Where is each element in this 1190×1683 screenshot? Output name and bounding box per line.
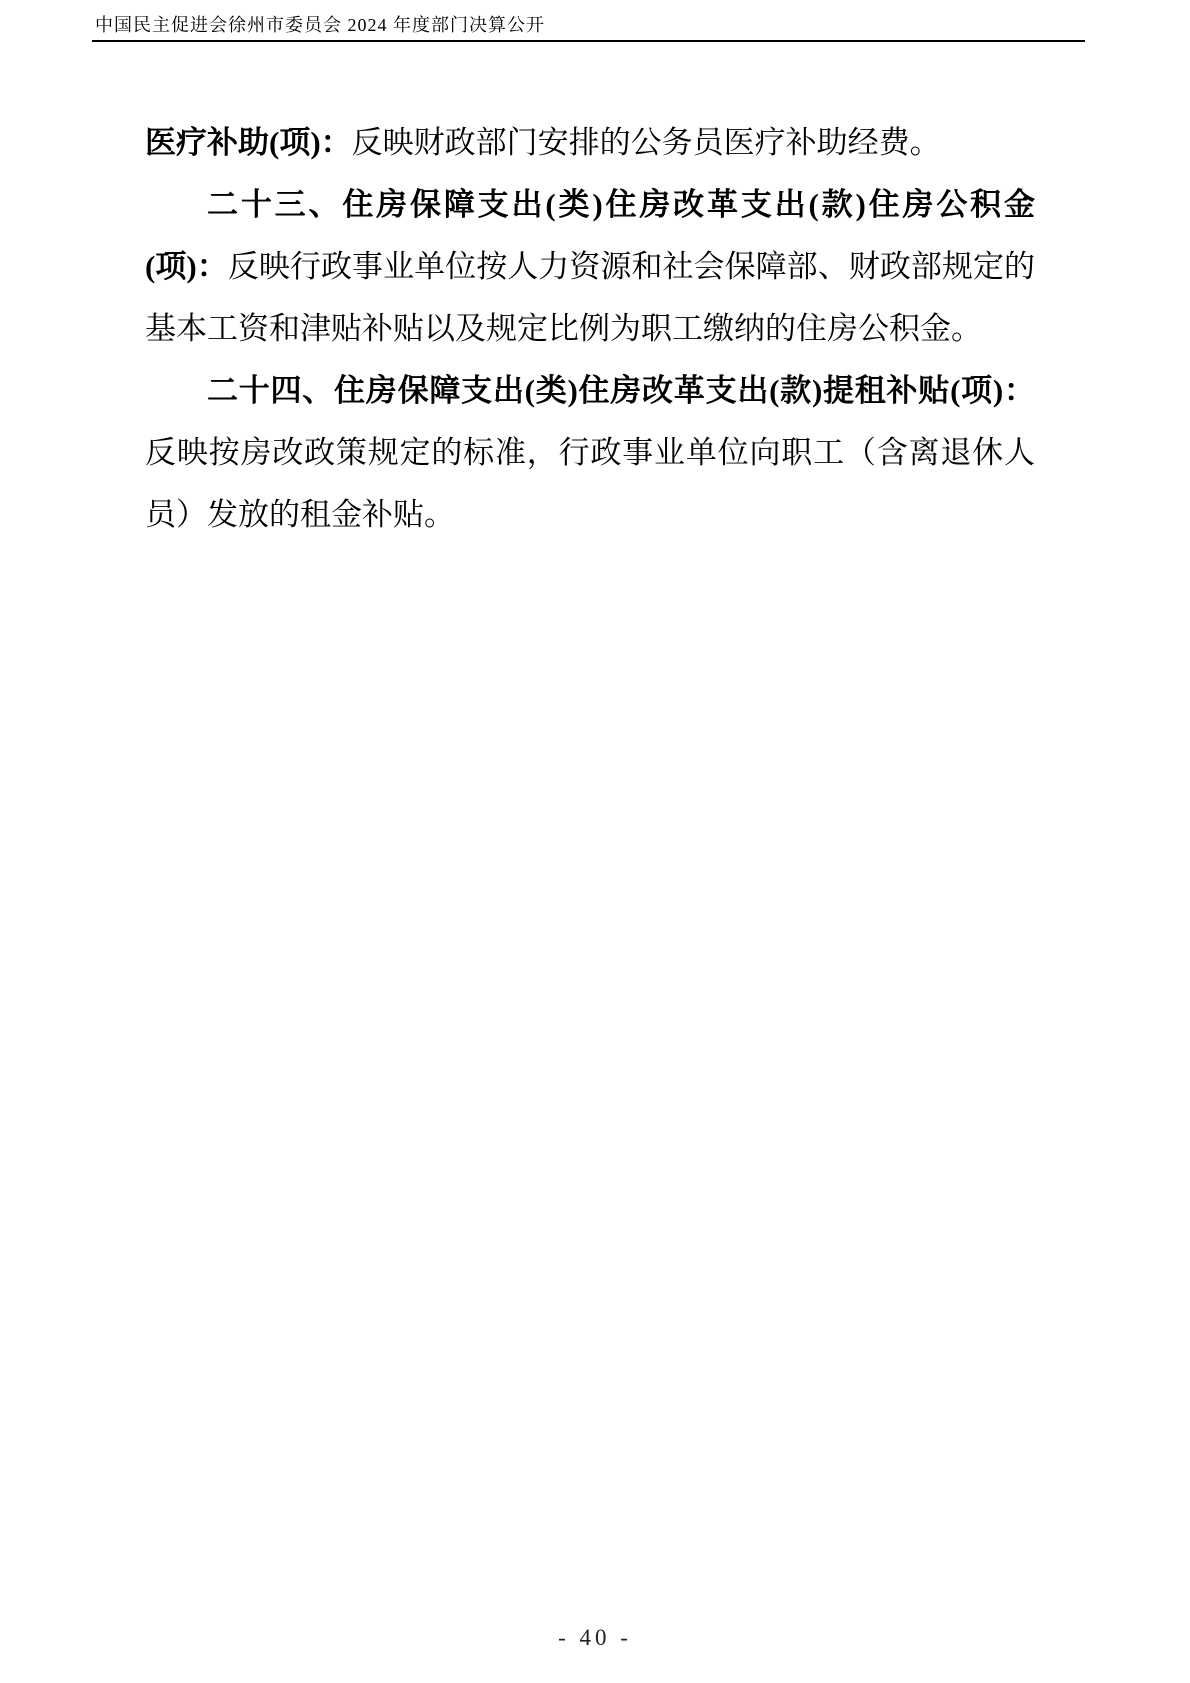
header-title: 中国民主促进会徐州市委员会 2024 年度部门决算公开 xyxy=(95,13,545,37)
paragraph-housing-fund: 二十三、住房保障支出(类)住房改革支出(款)住房公积金(项)：反映行政事业单位按… xyxy=(145,174,1035,360)
page-footer: - 40 - xyxy=(0,1625,1190,1651)
paragraph-rent-subsidy-lead: 二十四、住房保障支出(类)住房改革支出(款)提租补贴(项)： xyxy=(207,373,1035,408)
paragraph-medical-subsidy-lead: 医疗补助(项)： xyxy=(145,125,352,160)
paragraph-medical-subsidy-text: 反映财政部门安排的公务员医疗补助经费。 xyxy=(352,125,941,160)
header-rule xyxy=(92,40,1085,42)
page-number: - 40 - xyxy=(558,1625,632,1650)
document-page: 中国民主促进会徐州市委员会 2024 年度部门决算公开 医疗补助(项)：反映财政… xyxy=(0,0,1190,1683)
paragraph-rent-subsidy: 二十四、住房保障支出(类)住房改革支出(款)提租补贴(项)：反映按房改政策规定的… xyxy=(145,360,1035,546)
paragraph-medical-subsidy: 医疗补助(项)：反映财政部门安排的公务员医疗补助经费。 xyxy=(145,112,1035,174)
paragraph-housing-fund-text: 反映行政事业单位按人力资源和社会保障部、财政部规定的基本工资和津贴补贴以及规定比… xyxy=(145,249,1035,346)
document-body: 医疗补助(项)：反映财政部门安排的公务员医疗补助经费。 二十三、住房保障支出(类… xyxy=(145,112,1035,546)
paragraph-rent-subsidy-text: 反映按房改政策规定的标准，行政事业单位向职工（含离退休人员）发放的租金补贴。 xyxy=(145,435,1035,532)
